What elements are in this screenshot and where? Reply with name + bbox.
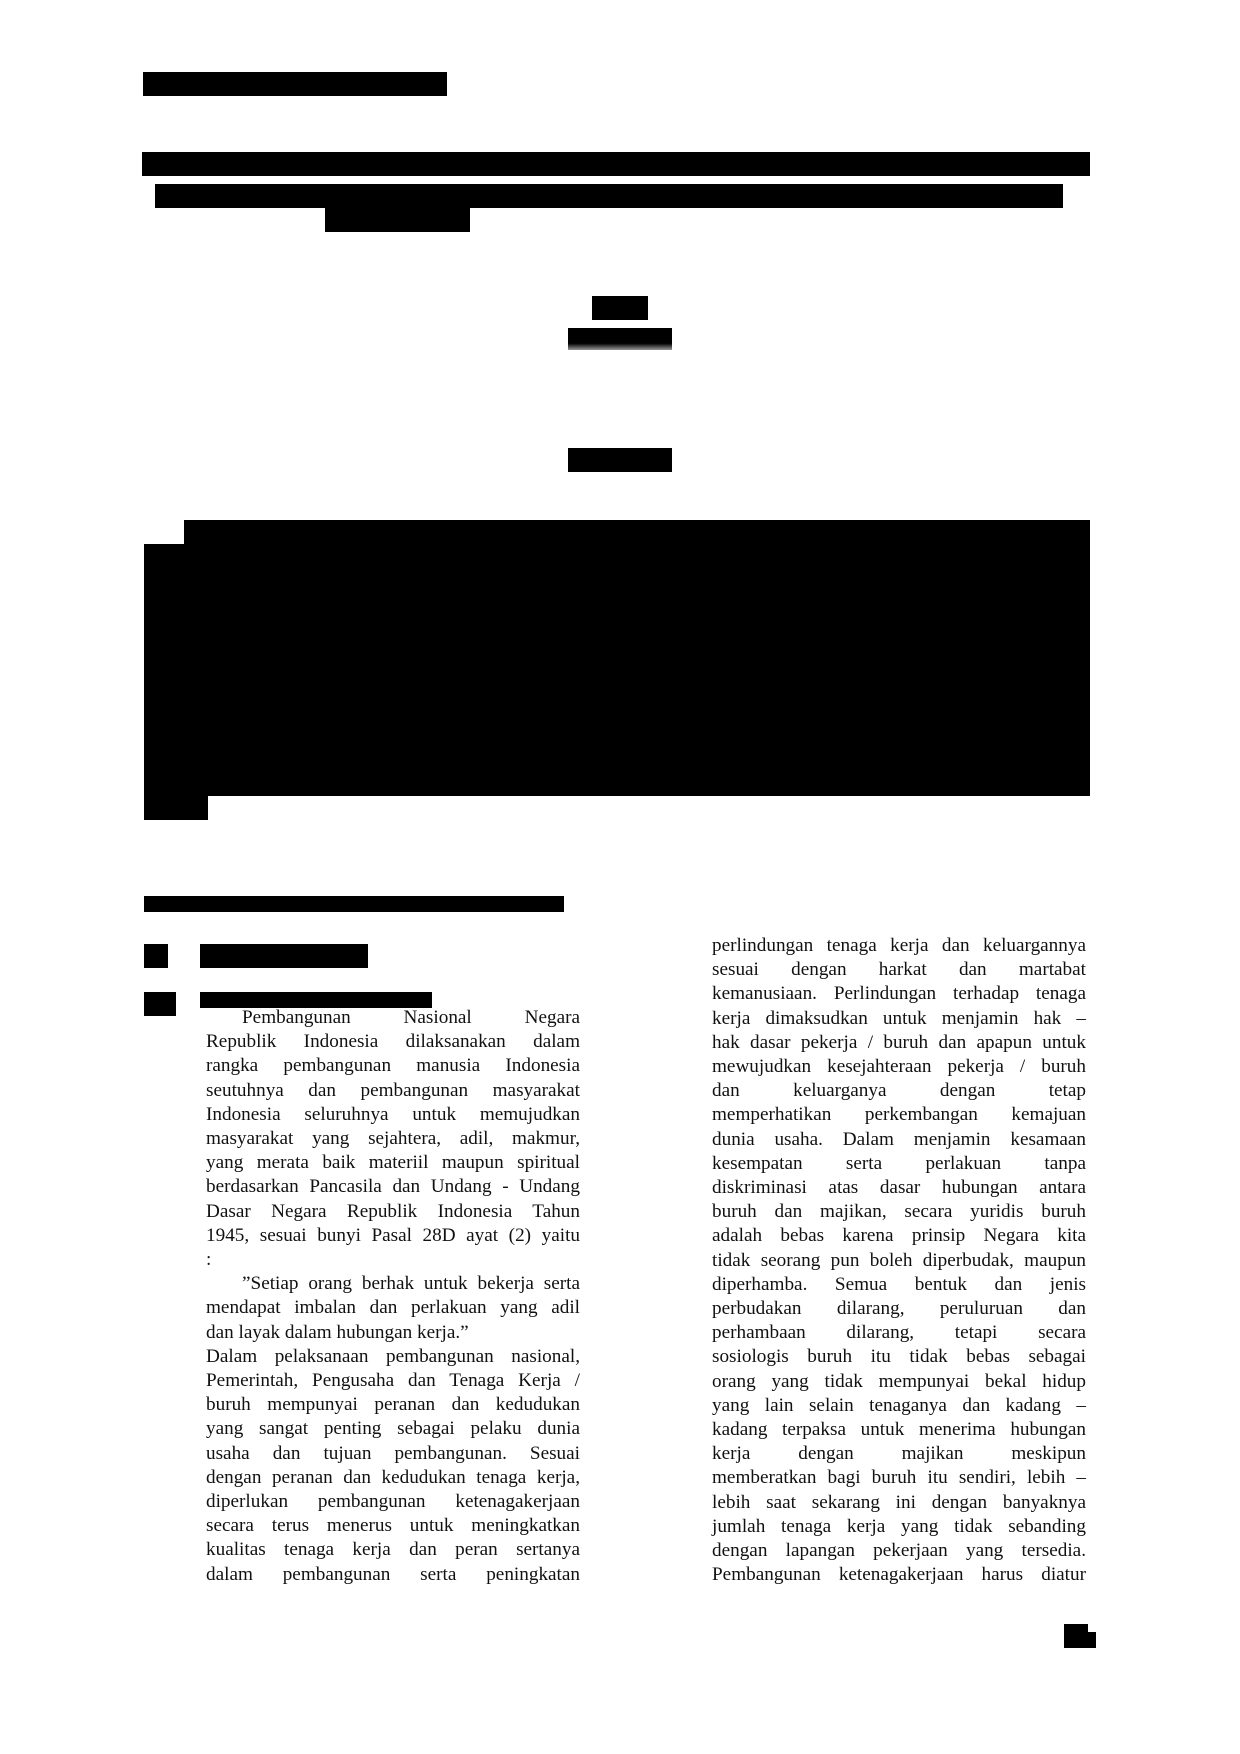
- body-right-column: perlindungan tenaga kerja dan keluargann…: [712, 934, 1086, 1587]
- text-line: Republik Indonesia dilaksanakan dalam: [206, 1030, 580, 1054]
- text-line: dan keluarganya dengan tetap: [712, 1079, 1086, 1103]
- text-line: yang merata baik materiil maupun spiritu…: [206, 1151, 580, 1175]
- text-line: Pembangunan Nasional Negara: [206, 1006, 580, 1030]
- text-line: dan layak dalam hubungan kerja.”: [206, 1321, 580, 1345]
- author-affiliation-redacted: [568, 328, 672, 350]
- author-name-redacted: [592, 296, 648, 320]
- text-line: kerja dengan majikan meskipun: [712, 1442, 1086, 1466]
- text-line: rangka pembangunan manusia Indonesia: [206, 1054, 580, 1078]
- section-2-number-redacted: [144, 992, 176, 1016]
- text-line: perlindungan tenaga kerja dan keluargann…: [712, 934, 1086, 958]
- abstract-body-redacted-main: [144, 544, 1090, 796]
- text-line: kemanusiaan. Perlindungan terhadap tenag…: [712, 982, 1086, 1006]
- abstract-body-redacted: [184, 520, 1090, 544]
- text-line: adalah bebas karena prinsip Negara kita: [712, 1224, 1086, 1248]
- text-line: kualitas tenaga kerja dan peran sertanya: [206, 1538, 580, 1562]
- text-line: kadang terpaksa untuk menerima hubungan: [712, 1418, 1086, 1442]
- text-line: diperlukan pembangunan ketenagakerjaan: [206, 1490, 580, 1514]
- text-line: kesempatan serta perlakuan tanpa: [712, 1152, 1086, 1176]
- text-line: lebih saat sekarang ini dengan banyaknya: [712, 1491, 1086, 1515]
- text-line: ”Setiap orang berhak untuk bekerja serta: [206, 1272, 580, 1296]
- text-line: buruh mempunyai peranan dan kedudukan: [206, 1393, 580, 1417]
- page-number-redacted: [1064, 1624, 1088, 1648]
- abstract-heading-redacted: [568, 448, 672, 472]
- page-number-redacted-tail: [1088, 1632, 1096, 1648]
- text-line: dunia usaha. Dalam menjamin kesamaan: [712, 1128, 1086, 1152]
- text-line: yang sangat penting sebagai pelaku dunia: [206, 1417, 580, 1441]
- text-line: secara terus menerus untuk meningkatkan: [206, 1514, 580, 1538]
- text-line: :: [206, 1248, 580, 1272]
- title-line-2-redacted: [155, 184, 1063, 208]
- text-line: hak dasar pekerja / buruh dan apapun unt…: [712, 1031, 1086, 1055]
- text-line: masyarakat yang sejahtera, adil, makmur,: [206, 1127, 580, 1151]
- text-line: diperhamba. Semua bentuk dan jenis: [712, 1273, 1086, 1297]
- text-line: sesuai dengan harkat dan martabat: [712, 958, 1086, 982]
- text-line: Indonesia seluruhnya untuk memujudkan: [206, 1103, 580, 1127]
- abstract-body-redacted-last: [144, 796, 208, 820]
- text-line: dengan lapangan pekerjaan yang tersedia.: [712, 1539, 1086, 1563]
- text-line: dalam pembangunan serta peningkatan: [206, 1563, 580, 1587]
- text-line: dengan peranan dan kedudukan tenaga kerj…: [206, 1466, 580, 1490]
- text-line: berdasarkan Pancasila dan Undang - Undan…: [206, 1175, 580, 1199]
- text-line: usaha dan tujuan pembangunan. Sesuai: [206, 1442, 580, 1466]
- title-line-3-redacted: [325, 208, 470, 232]
- text-line: mewujudkan kesejahteraan pekerja / buruh: [712, 1055, 1086, 1079]
- section-1-number-redacted: [144, 944, 168, 968]
- text-line: buruh dan majikan, secara yuridis buruh: [712, 1200, 1086, 1224]
- text-line: Pembangunan ketenagakerjaan harus diatur: [712, 1563, 1086, 1587]
- text-line: seutuhnya dan pembangunan masyarakat: [206, 1079, 580, 1103]
- section-1-heading-redacted: [200, 944, 368, 968]
- text-line: diskriminasi atas dasar hubungan antara: [712, 1176, 1086, 1200]
- text-line: memperhatikan perkembangan kemajuan: [712, 1103, 1086, 1127]
- text-line: mendapat imbalan dan perlakuan yang adil: [206, 1296, 580, 1320]
- text-line: yang lain selain tenaganya dan kadang –: [712, 1394, 1086, 1418]
- text-line: memberatkan bagi buruh itu sendiri, lebi…: [712, 1466, 1086, 1490]
- journal-header-redacted: [143, 72, 447, 96]
- text-line: perhambaan dilarang, tetapi secara: [712, 1321, 1086, 1345]
- text-line: Pemerintah, Pengusaha dan Tenaga Kerja /: [206, 1369, 580, 1393]
- text-line: 1945, sesuai bunyi Pasal 28D ayat (2) ya…: [206, 1224, 580, 1248]
- text-line: tidak seorang pun boleh diperbudak, maup…: [712, 1249, 1086, 1273]
- title-line-1-redacted: [142, 152, 1090, 176]
- text-line: orang yang tidak mempunyai bekal hidup: [712, 1370, 1086, 1394]
- text-line: jumlah tenaga kerja yang tidak sebanding: [712, 1515, 1086, 1539]
- body-left-column: Pembangunan Nasional NegaraRepublik Indo…: [206, 1006, 580, 1587]
- text-line: Dalam pelaksanaan pembangunan nasional,: [206, 1345, 580, 1369]
- text-line: Dasar Negara Republik Indonesia Tahun: [206, 1200, 580, 1224]
- text-line: sosiologis buruh itu tidak bebas sebagai: [712, 1345, 1086, 1369]
- text-line: perbudakan dilarang, peruluruan dan: [712, 1297, 1086, 1321]
- text-line: kerja dimaksudkan untuk menjamin hak –: [712, 1007, 1086, 1031]
- keywords-redacted: [144, 896, 564, 912]
